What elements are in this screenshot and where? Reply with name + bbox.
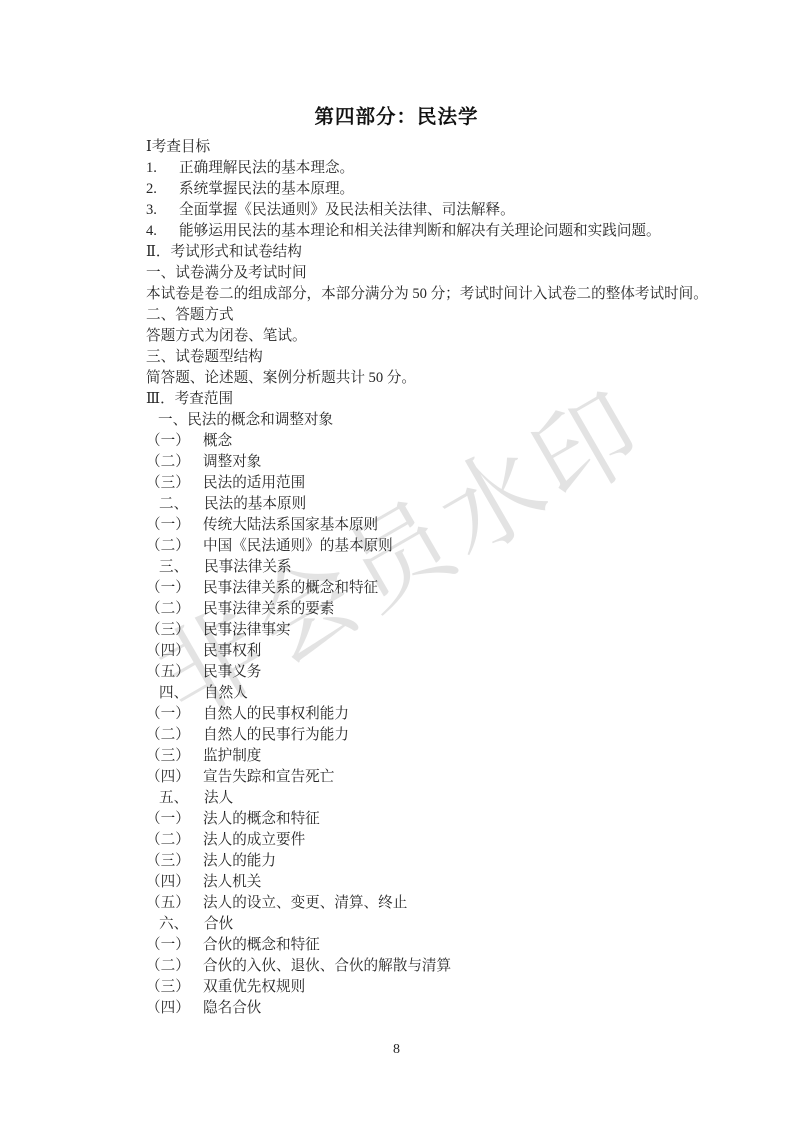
document-line: 本试卷是卷二的组成部分，本部分满分为 50 分；考试时间计入试卷二的整体考试时间… — [146, 284, 753, 305]
document-line: 答题方式为闭卷、笔试。 — [146, 326, 753, 347]
document-line: 3.全面掌握《民法通则》及民法相关法律、司法解释。 — [146, 200, 753, 221]
line-marker: （三） — [146, 746, 203, 767]
line-text: 民法的基本原则 — [204, 496, 306, 512]
line-marker: （三） — [146, 851, 203, 872]
document-line: （四）法人机关 — [146, 872, 753, 893]
document-line: （四）宣告失踪和宣告死亡 — [146, 767, 753, 788]
document-line: 简答题、论述题、案例分析题共计 50 分。 — [146, 368, 753, 389]
line-text: 民事义务 — [203, 664, 261, 680]
page-title: 第四部分：民法学 — [0, 101, 793, 129]
line-marker: 1. — [146, 158, 179, 179]
document-line: （四）民事权利 — [146, 641, 753, 662]
document-line: （三）民事法律事实 — [146, 620, 753, 641]
line-text: 简答题、论述题、案例分析题共计 50 分。 — [146, 370, 416, 386]
line-text: 概念 — [203, 433, 232, 449]
syllabus-content: Ⅰ考查目标1.正确理解民法的基本理念。2.系统掌握民法的基本原理。3.全面掌握《… — [146, 137, 753, 1019]
document-line: （一）合伙的概念和特征 — [146, 935, 753, 956]
line-text: Ⅲ．考查范围 — [146, 391, 233, 407]
document-line: （三）双重优先权规则 — [146, 977, 753, 998]
page-number: 8 — [0, 1039, 793, 1060]
line-marker: 五、 — [159, 788, 204, 809]
document-line: （二）自然人的民事行为能力 — [146, 725, 753, 746]
document-line: 二、答题方式 — [146, 305, 753, 326]
line-marker: （四） — [146, 641, 203, 662]
document-line: Ⅰ考查目标 — [146, 137, 753, 158]
line-text: 民事法律关系的概念和特征 — [203, 580, 378, 596]
document-line: （二）民事法律关系的要素 — [146, 599, 753, 620]
document-line: （五）民事义务 — [146, 662, 753, 683]
line-marker: （四） — [146, 872, 203, 893]
line-marker: （二） — [146, 956, 203, 977]
line-marker: （一） — [146, 578, 203, 599]
document-line: （一）自然人的民事权利能力 — [146, 704, 753, 725]
document-line: 一、民法的概念和调整对象 — [146, 410, 753, 431]
document-line: （一）概念 — [146, 431, 753, 452]
line-marker: 2. — [146, 179, 179, 200]
line-text: 全面掌握《民法通则》及民法相关法律、司法解释。 — [179, 202, 515, 218]
line-marker: （一） — [146, 431, 203, 452]
line-marker: （二） — [146, 725, 203, 746]
line-text: 民法的概念和调整对象 — [187, 412, 333, 428]
document-line: （一）法人的概念和特征 — [146, 809, 753, 830]
line-text: Ⅱ．考试形式和试卷结构 — [146, 244, 302, 260]
line-marker: （四） — [146, 998, 203, 1019]
line-text: 监护制度 — [203, 748, 261, 764]
line-marker: （二） — [146, 599, 203, 620]
line-marker: 一、 — [158, 410, 187, 431]
document-line: 2.系统掌握民法的基本原理。 — [146, 179, 753, 200]
line-text: 调整对象 — [203, 454, 261, 470]
line-text: 合伙的概念和特征 — [203, 937, 320, 953]
line-text: 法人的能力 — [203, 853, 276, 869]
line-text: 民事法律事实 — [203, 622, 291, 638]
document-page: 非会员水印 第四部分：民法学 Ⅰ考查目标1.正确理解民法的基本理念。2.系统掌握… — [0, 0, 793, 1122]
document-line: 三、民事法律关系 — [146, 557, 753, 578]
line-marker: （五） — [146, 662, 203, 683]
line-text: 法人的成立要件 — [203, 832, 305, 848]
line-marker: （二） — [146, 830, 203, 851]
line-text: 自然人 — [204, 685, 248, 701]
document-line: 五、法人 — [146, 788, 753, 809]
line-marker: （二） — [146, 536, 203, 557]
line-text: 三、试卷题型结构 — [146, 349, 263, 365]
document-line: （一）传统大陆法系国家基本原则 — [146, 515, 753, 536]
line-marker: 3. — [146, 200, 179, 221]
line-text: 法人 — [204, 790, 233, 806]
document-line: 4.能够运用民法的基本理论和相关法律判断和解决有关理论问题和实践问题。 — [146, 221, 753, 242]
document-line: （五）法人的设立、变更、清算、终止 — [146, 893, 753, 914]
line-marker: （五） — [146, 893, 203, 914]
document-line: （二）法人的成立要件 — [146, 830, 753, 851]
line-marker: （二） — [146, 452, 203, 473]
document-line: （二）调整对象 — [146, 452, 753, 473]
document-line: （一）民事法律关系的概念和特征 — [146, 578, 753, 599]
line-marker: （三） — [146, 620, 203, 641]
document-line: （二）中国《民法通则》的基本原则 — [146, 536, 753, 557]
document-line: Ⅱ．考试形式和试卷结构 — [146, 242, 753, 263]
line-text: Ⅰ考查目标 — [146, 139, 210, 155]
line-marker: （一） — [146, 935, 203, 956]
line-marker: 二、 — [159, 494, 204, 515]
line-text: 民法的适用范围 — [203, 475, 305, 491]
document-line: 1.正确理解民法的基本理念。 — [146, 158, 753, 179]
line-text: 本试卷是卷二的组成部分，本部分满分为 50 分；考试时间计入试卷二的整体考试时间… — [146, 286, 708, 302]
document-line: （四）隐名合伙 — [146, 998, 753, 1019]
line-text: 民事法律关系 — [204, 559, 292, 575]
line-marker: （三） — [146, 473, 203, 494]
line-marker: （三） — [146, 977, 203, 998]
line-text: 法人机关 — [203, 874, 261, 890]
line-text: 民事法律关系的要素 — [203, 601, 334, 617]
line-marker: （一） — [146, 515, 203, 536]
document-line: 六、合伙 — [146, 914, 753, 935]
line-text: 中国《民法通则》的基本原则 — [203, 538, 393, 554]
line-text: 合伙 — [204, 916, 233, 932]
line-text: 双重优先权规则 — [203, 979, 305, 995]
line-marker: 三、 — [159, 557, 204, 578]
line-text: 二、答题方式 — [146, 307, 234, 323]
line-text: 系统掌握民法的基本原理。 — [179, 181, 354, 197]
line-text: 宣告失踪和宣告死亡 — [203, 769, 334, 785]
line-marker: 4. — [146, 221, 179, 242]
line-text: 一、试卷满分及考试时间 — [146, 265, 307, 281]
line-text: 合伙的入伙、退伙、合伙的解散与清算 — [203, 958, 451, 974]
line-marker: （四） — [146, 767, 203, 788]
document-line: 一、试卷满分及考试时间 — [146, 263, 753, 284]
document-line: （三）民法的适用范围 — [146, 473, 753, 494]
line-text: 法人的概念和特征 — [203, 811, 320, 827]
line-text: 答题方式为闭卷、笔试。 — [146, 328, 307, 344]
line-text: 自然人的民事行为能力 — [203, 727, 349, 743]
line-marker: （一） — [146, 704, 203, 725]
document-line: 四、自然人 — [146, 683, 753, 704]
line-text: 隐名合伙 — [203, 1000, 261, 1016]
line-marker: （一） — [146, 809, 203, 830]
line-text: 民事权利 — [203, 643, 261, 659]
document-line: 三、试卷题型结构 — [146, 347, 753, 368]
line-text: 正确理解民法的基本理念。 — [179, 160, 354, 176]
line-text: 自然人的民事权利能力 — [203, 706, 349, 722]
line-text: 能够运用民法的基本理论和相关法律判断和解决有关理论问题和实践问题。 — [179, 223, 661, 239]
document-line: 二、民法的基本原则 — [146, 494, 753, 515]
document-line: （二）合伙的入伙、退伙、合伙的解散与清算 — [146, 956, 753, 977]
document-line: Ⅲ．考查范围 — [146, 389, 753, 410]
line-text: 传统大陆法系国家基本原则 — [203, 517, 378, 533]
line-marker: 六、 — [159, 914, 204, 935]
document-line: （三）监护制度 — [146, 746, 753, 767]
line-marker: 四、 — [159, 683, 204, 704]
line-text: 法人的设立、变更、清算、终止 — [203, 895, 407, 911]
document-line: （三）法人的能力 — [146, 851, 753, 872]
